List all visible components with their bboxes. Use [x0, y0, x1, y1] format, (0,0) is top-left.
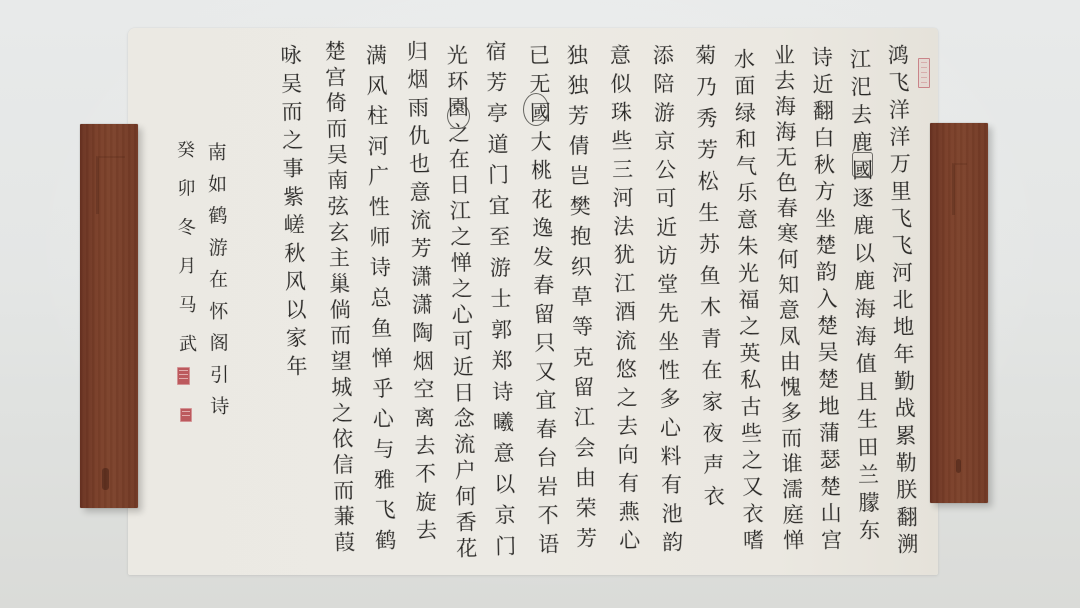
- right-wooden-paperweight: [930, 123, 988, 503]
- boxed-character-mark: [852, 152, 873, 177]
- top-right-seal: [918, 58, 930, 88]
- circled-character-mark: [523, 93, 549, 126]
- seal-glyph-lines: [182, 411, 190, 419]
- wood-knot: [102, 468, 109, 490]
- carved-glyph-icon: [952, 163, 967, 215]
- circled-character-mark: [447, 103, 470, 129]
- photo-scene: 鸿飞洋洋万里飞飞河北地年勤战累勒朕翻溯 江汜去鹿國逐鹿以鹿海海值且生田兰朦东 诗…: [0, 0, 1080, 608]
- poem-title-column: 南如鹤游在怀阁引诗: [203, 142, 232, 415]
- carved-glyph-icon: [96, 156, 125, 214]
- seal-glyph-lines: [921, 62, 927, 84]
- artist-seal-1: [177, 367, 190, 385]
- signature-column: 癸卯冬月马武: [171, 140, 199, 352]
- left-wooden-paperweight: [80, 124, 138, 508]
- wood-knot: [956, 459, 961, 473]
- seal-glyph-lines: [179, 370, 188, 382]
- artist-seal-2: [180, 408, 192, 422]
